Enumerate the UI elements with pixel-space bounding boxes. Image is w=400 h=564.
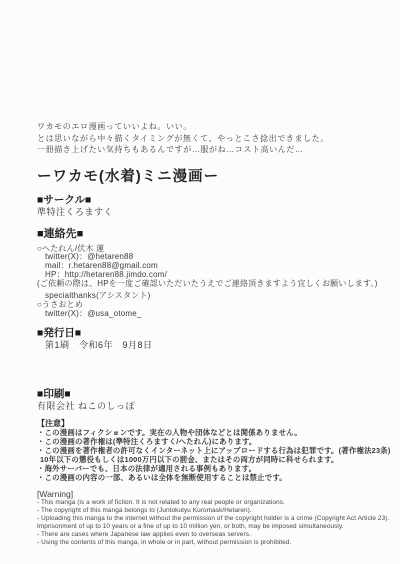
warning-en-section: [Warning] - This manga (is a work of fic…	[37, 489, 382, 547]
circle-name: 準特注くろますく	[37, 207, 382, 218]
warning-line: - There are cases where Japanese law app…	[37, 531, 382, 539]
warning-line: - The copyright of this manga belongs to…	[37, 507, 382, 515]
notice-line: ・この漫画を著作権者の許可なくインターネット上にアップロードする行為は犯罪です。…	[37, 446, 382, 455]
colophon-page: ワカモのエロ漫画っていいよね。いい。 とは思いながら中々描くタイミングが無くて、…	[0, 0, 400, 564]
publication-date: 第1刷 令和6年 9月8日	[45, 340, 382, 351]
contact-request-note: (ご依頼の際は、HPを一度ご確認いただいたうえでご連絡頂きますよう宜しくお願いし…	[37, 280, 382, 289]
contact-section-header: ■連絡先■	[37, 227, 382, 241]
notice-line: ・この漫画の内容の一部、あるいは全体を無断使用することは禁止です。	[37, 473, 382, 482]
circle-section: ■サークル■ 準特注くろますく	[37, 194, 382, 218]
afterword-line: 一冊描き上げたい気持ちもあるんですが…服がね…コスト高いんだ…	[37, 144, 382, 156]
notice-header: 【注意】	[37, 419, 382, 429]
specialthanks-label: specialthanks(アシスタント)	[37, 292, 382, 301]
printing-section: ■印刷■ 有限会社 ねこのしっぽ	[37, 388, 382, 412]
afterword-line: とは思いながら中々描くタイミングが無くて、やっとこさ捻出できました。	[37, 133, 382, 145]
notice-jp-section: 【注意】 ・この漫画はフィクションです。実在の人物や団体などとは関係ありません。…	[37, 419, 382, 483]
contact-section: ■連絡先■ ○へたれん/伏木 蓮 twitter(X)：@hetaren88 m…	[37, 227, 382, 319]
warning-header: [Warning]	[37, 489, 382, 499]
warning-line: - This manga (is a work of fiction. It i…	[37, 499, 382, 507]
afterword-line: ワカモのエロ漫画っていいよね。いい。	[37, 121, 382, 133]
author-contact-block: ○へたれん/伏木 蓮 twitter(X)：@hetaren88 mail：r.…	[37, 245, 382, 289]
printing-section-header: ■印刷■	[37, 388, 382, 401]
notice-line: ・海外サーバーでも、日本の法律が適用される事例もあります。	[37, 464, 382, 473]
warning-line-continuation: Imprisonment of up to 10 years or a fine…	[37, 523, 382, 531]
publication-section-header: ■発行日■	[37, 327, 382, 340]
circle-section-header: ■サークル■	[37, 194, 382, 207]
assistant-twitter-handle: twitter(X)：@usa_otome_	[37, 310, 382, 319]
assistant-contact-block: specialthanks(アシスタント) ○うさおとめ twitter(X)：…	[37, 292, 382, 318]
afterword-paragraph: ワカモのエロ漫画っていいよね。いい。 とは思いながら中々描くタイミングが無くて、…	[37, 121, 382, 156]
warning-line: - Uploading this manga to the internet w…	[37, 515, 382, 523]
publication-date-section: ■発行日■ 第1刷 令和6年 9月8日	[37, 327, 382, 351]
page-title: ーワカモ(水着)ミニ漫画ー	[37, 168, 382, 186]
notice-line: ・この漫画の著作権は(準特注くろますく/へたれん)にあります。	[37, 437, 382, 446]
notice-line-continuation: 10年以下の懲役もしくは1000万円以下の罰金、またはその両方が同時に科せられま…	[37, 455, 382, 464]
printing-company: 有限会社 ねこのしっぽ	[37, 401, 382, 412]
notice-line: ・この漫画はフィクションです。実在の人物や団体などとは関係ありません。	[37, 428, 382, 437]
warning-line: - Using the contents of this manga, in w…	[37, 539, 382, 547]
